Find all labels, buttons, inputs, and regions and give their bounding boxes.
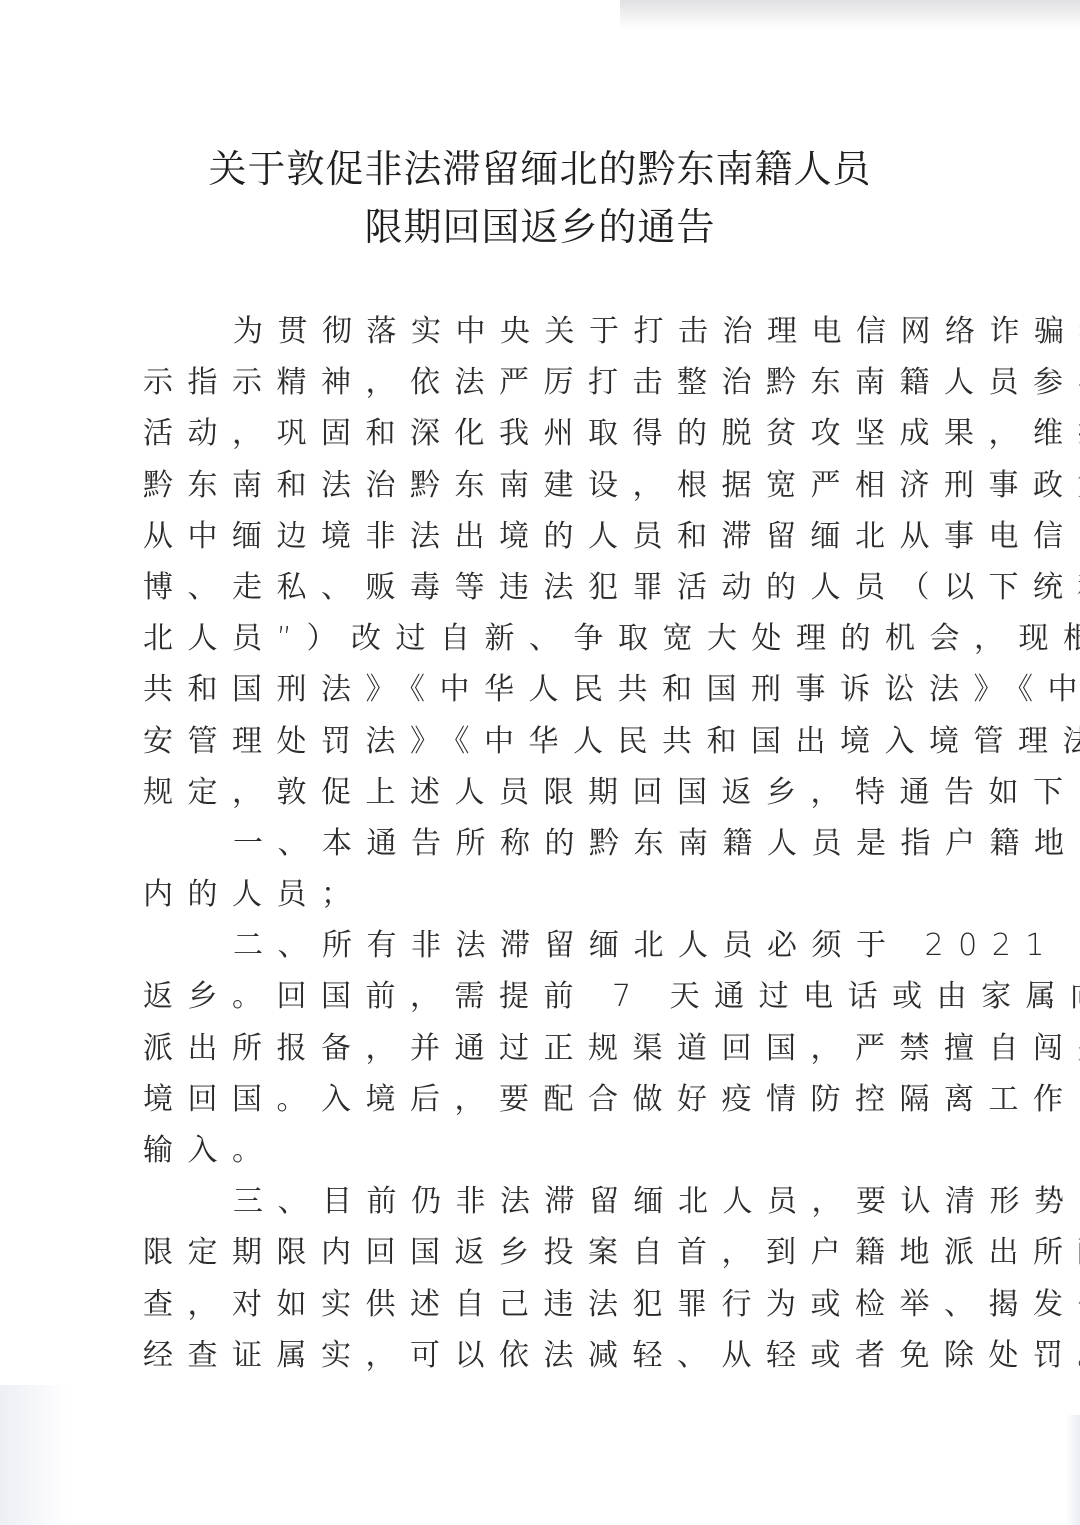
- body-line: 黔东南和法治黔东南建设，根据宽严相济刑事政策，给黔东南籍: [143, 460, 955, 511]
- body-line: 从中缅边境非法出境的人员和滞留缅北从事电信网络诈骗、赌: [143, 511, 955, 562]
- body-line: 规定，敦促上述人员限期回国返乡，特通告如下：: [143, 767, 955, 818]
- body-line: 安管理处罚法》《中华人民共和国出境入境管理法》等有关法律: [143, 716, 955, 767]
- clause-3-line: 限定期限内回国返乡投案自首，到户籍地派出所配合公安机关审: [143, 1227, 955, 1278]
- scan-shadow-right: [1066, 1415, 1080, 1525]
- body-line: 活动，巩固和深化我州取得的脱贫攻坚成果，维护和发展好平安: [143, 408, 955, 459]
- document-body: 为贯彻落实中央关于打击治理电信网络诈骗犯罪的重要批 示指示精神，依法严厉打击整治…: [143, 306, 955, 1381]
- clause-1-line: 一、本通告所称的黔东南籍人员是指户籍地为黔东南州辖区: [143, 818, 955, 869]
- body-line: 博、走私、贩毒等违法犯罪活动的人员（以下统称“非法滞留缅: [143, 562, 955, 613]
- document-title-line-2: 限期回国返乡的通告: [0, 196, 1080, 251]
- body-line: 为贯彻落实中央关于打击治理电信网络诈骗犯罪的重要批: [143, 306, 955, 357]
- clause-2-line: 输入。: [143, 1125, 955, 1176]
- scan-shadow-top: [620, 0, 1080, 30]
- clause-3-line: 查，对如实供述自己违法犯罪行为或检举、揭发他人犯罪行为的，: [143, 1279, 955, 1330]
- body-line: 共和国刑法》《中华人民共和国刑事诉讼法》《中华人民共和国治: [143, 664, 955, 715]
- clause-1-line: 内的人员；: [143, 869, 955, 920]
- document-page: 关于敦促非法滞留缅北的黔东南籍人员 限期回国返乡的通告 为贯彻落实中央关于打击治…: [0, 0, 1080, 1525]
- clause-3-line: 经查证属实，可以依法减轻、从轻或者免除处罚。: [143, 1330, 955, 1381]
- clause-2-line: 境回国。入境后，要配合做好疫情防控隔离工作，防止境外疫情: [143, 1074, 955, 1125]
- clause-2-line: 返乡。回国前，需提前 7 天通过电话或由家属向户籍地公安机关: [143, 971, 955, 1022]
- clause-2-line: 二、所有非法滞留缅北人员必须于 2021 年 8 月 31 日前回国: [143, 920, 955, 971]
- document-title-line-1: 关于敦促非法滞留缅北的黔东南籍人员: [0, 138, 1080, 193]
- clause-3-line: 三、目前仍非法滞留缅北人员，要认清形势，把握机会，在: [143, 1176, 955, 1227]
- body-line: 示指示精神，依法严厉打击整治黔东南籍人员参与跨境违法犯罪: [143, 357, 955, 408]
- scan-shadow-left: [0, 1385, 70, 1525]
- clause-2-line: 派出所报备，并通过正规渠道回国，严禁擅自闯关、偷越国（边）: [143, 1023, 955, 1074]
- body-line: 北人员”）改过自新、争取宽大处理的机会，现根据《中华人民: [143, 613, 955, 664]
